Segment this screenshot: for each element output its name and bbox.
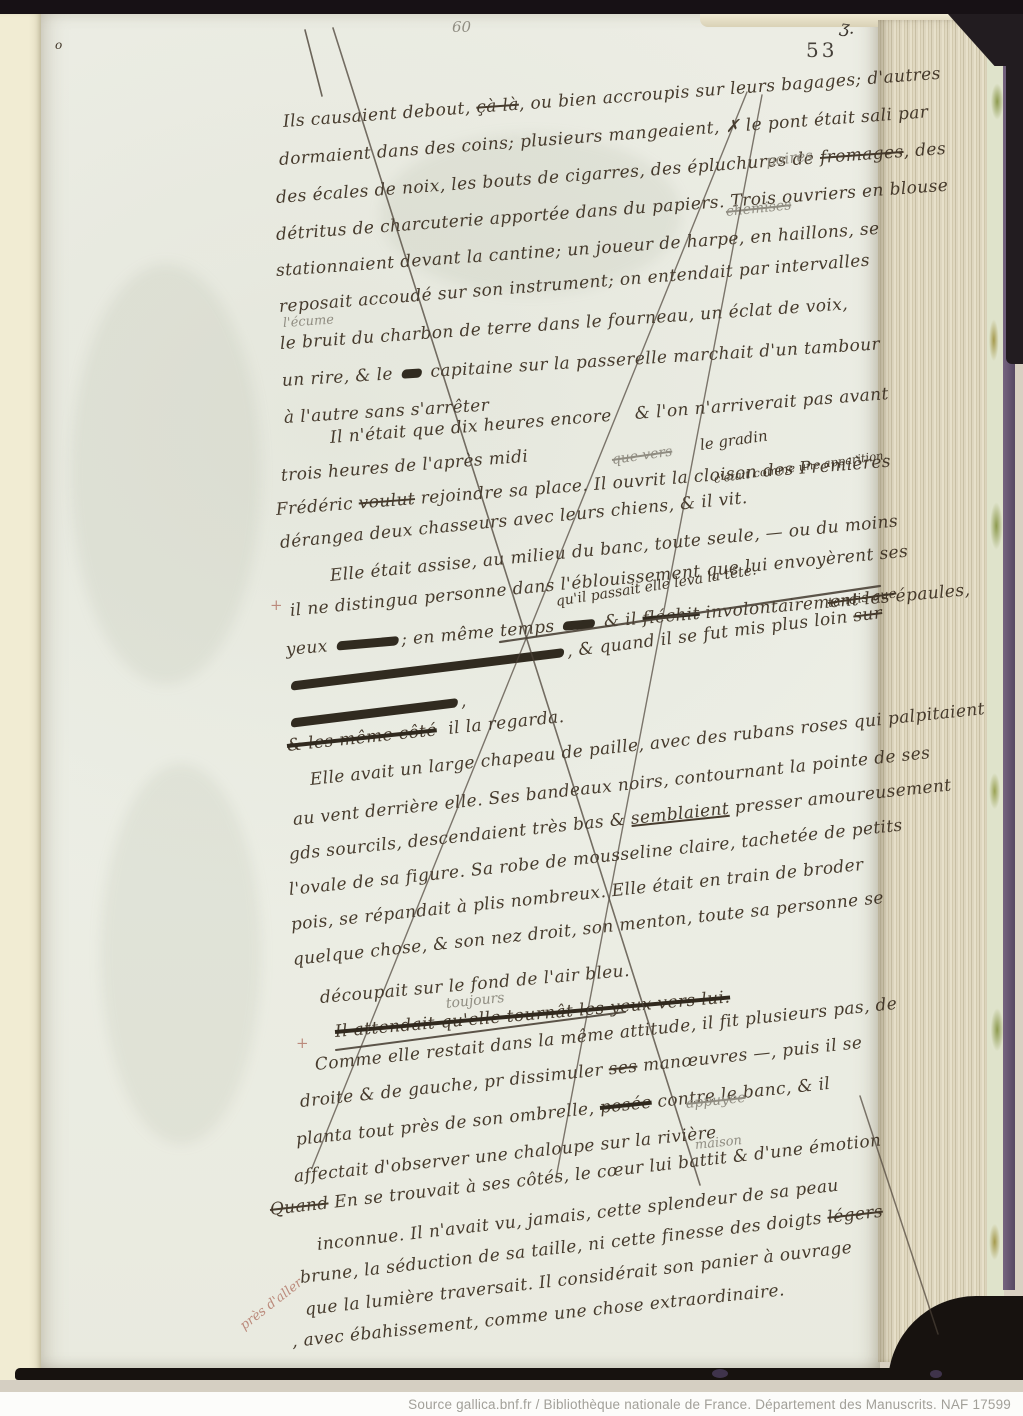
manuscript-photo: 53 ʒ. Ils causaient debout, çà là, ou bi… (0, 0, 1023, 1416)
page-edges (878, 20, 990, 1362)
verso-show-through (71, 264, 261, 684)
source-bar: Source gallica.bnf.fr / Bibliothèque nat… (0, 1392, 1023, 1416)
binding-cover-right (1006, 14, 1023, 364)
margin-annotation: o (55, 38, 62, 52)
ink-blot (336, 636, 399, 651)
folio-number: 53 (806, 38, 837, 62)
source-text: Source gallica.bnf.fr / Bibliothèque nat… (408, 1397, 1011, 1412)
verso-show-through (101, 764, 261, 1144)
margin-annotation: + (270, 596, 283, 614)
photo-background-strip (0, 1380, 1023, 1392)
margin-annotation: + (296, 1034, 309, 1052)
manuscript-text: & il (597, 609, 643, 633)
manuscript-text: çà là (476, 95, 520, 118)
binding-bottom-edge (15, 1368, 1023, 1380)
folio-flourish: ʒ. (839, 17, 857, 39)
ink-smudge (712, 1369, 728, 1378)
binding-top-edge (0, 0, 1023, 14)
manuscript-text: yeux (285, 636, 334, 660)
manuscript-text: ses (608, 1057, 639, 1080)
left-page-edge (0, 14, 41, 1386)
marbled-endpaper (987, 22, 1004, 1348)
ink-blot (563, 619, 596, 631)
manuscript-text: , des (903, 139, 947, 162)
ink-smudge (930, 1370, 942, 1378)
ink-blot (401, 368, 422, 378)
margin-annotation: 60 (452, 18, 471, 36)
